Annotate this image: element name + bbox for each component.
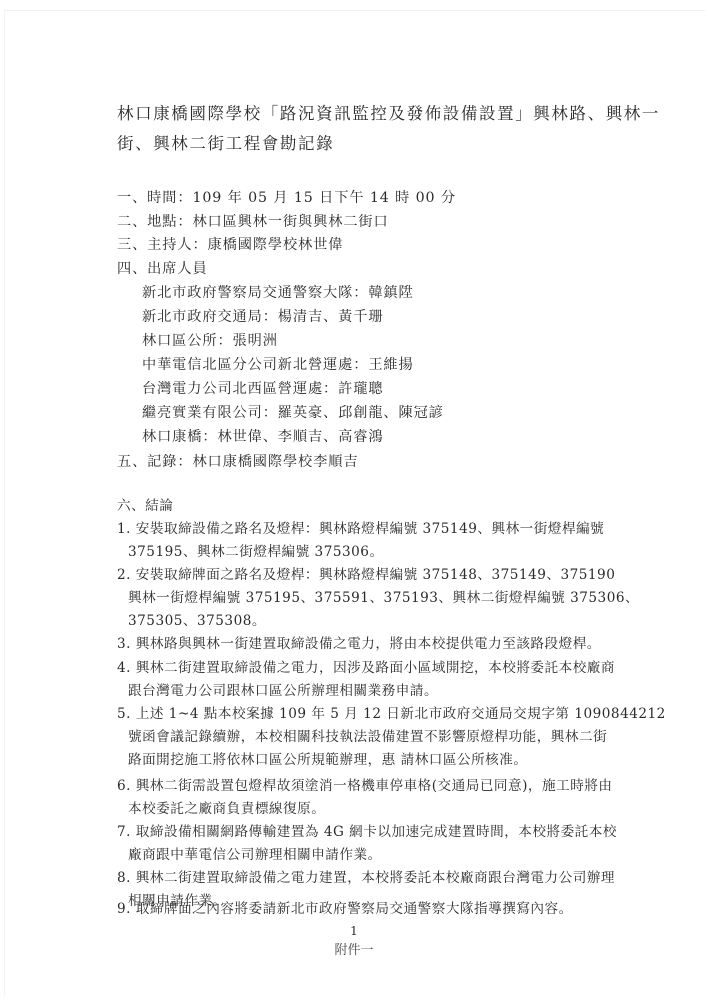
conclusion-item-7: 7. 取締設備相關網路傳輸建置為 4G 網卡以加速完成建置時間，本校將委託本校 bbox=[117, 823, 617, 841]
conclusion-item-5-cont: 路面開挖施工將依林口區公所規範辦理，惠 請林口區公所核准。 bbox=[128, 751, 527, 769]
conclusion-item-2-cont: 375305、375308。 bbox=[128, 612, 266, 630]
recorder: 五、記錄：林口康橋國際學校李順吉 bbox=[117, 453, 358, 471]
conclusion-item-3: 3. 興林路與興林一街建置取締設備之電力，將由本校提供電力至該路段燈桿。 bbox=[117, 635, 601, 653]
page-number: 1 bbox=[0, 924, 708, 938]
attendee-line: 新北市政府交通局：楊清吉、黃千珊 bbox=[142, 308, 383, 326]
meeting-location: 二、地點：林口區興林一街與興林二街口 bbox=[117, 213, 389, 231]
attendee-line: 台灣電力公司北西區營運處：許瓏聰 bbox=[142, 380, 383, 398]
conclusion-item-9: 9. 取締牌面之內容將委請新北市政府警察局交通警察大隊指導撰寫內容。 bbox=[117, 900, 573, 918]
attendee-line: 林口區公所：張明洲 bbox=[142, 332, 278, 350]
conclusion-item-1: 1. 安裝取締設備之路名及燈桿：興林路燈桿編號 375149、興林一街燈桿編號 bbox=[117, 520, 604, 538]
attendee-line: 林口康橋：林世偉、李順吉、高睿鴻 bbox=[142, 428, 383, 446]
conclusion-item-6-cont: 本校委託之廠商負責標線復原。 bbox=[128, 800, 325, 818]
conclusion-item-1-cont: 375195、興林二街燈桿編號 375306。 bbox=[128, 543, 384, 561]
attendees-heading: 四、出席人員 bbox=[117, 260, 208, 278]
attendee-line: 新北市政府警察局交通警察大隊：韓鎮陞 bbox=[142, 284, 414, 302]
conclusion-item-5-cont: 號函會議記錄續辦，本校相關科技執法設備建置不影響原燈桿功能，興林二街 bbox=[128, 728, 607, 746]
conclusion-item-4: 4. 興林二街建置取締設備之電力，因涉及路面小區域開挖，本校將委託本校廠商 bbox=[117, 659, 615, 677]
conclusion-item-2-cont: 興林一街燈桿編號 375195、375591、375193、興林二街燈桿編號 3… bbox=[128, 589, 639, 607]
conclusion-item-6: 6. 興林二街需設置包燈桿故須塗消一格機車停車格(交通局已同意)，施工時將由 bbox=[117, 777, 613, 795]
attendee-line: 繼亮實業有限公司：羅英豪、邱創龍、陳冠諺 bbox=[142, 404, 444, 422]
conclusion-heading: 六、結論 bbox=[117, 497, 173, 515]
meeting-time: 一、時間：109 年 05 月 15 日下午 14 時 00 分 bbox=[117, 189, 456, 207]
attendee-line: 中華電信北區分公司新北營運處：王維揚 bbox=[142, 356, 414, 374]
conclusion-item-7-cont: 廠商跟中華電信公司辦理相關申請作業。 bbox=[128, 846, 382, 864]
conclusion-item-5: 5. 上述 1~4 點本校案據 109 年 5 月 12 日新北市政府交通局交規… bbox=[117, 705, 666, 723]
attachment-label: 附件一 bbox=[0, 939, 708, 958]
conclusion-item-4-cont: 跟台灣電力公司跟林口區公所辦理相關業務申請。 bbox=[128, 682, 438, 700]
document-title-line-2: 街、興林二街工程會勘記錄 bbox=[117, 135, 334, 153]
conclusion-item-8: 8. 興林二街建置取締設備之電力建置，本校將委託本校廠商跟台灣電力公司辦理 bbox=[117, 869, 615, 887]
conclusion-item-2: 2. 安裝取締牌面之路名及燈桿：興林路燈桿編號 375148、375149、37… bbox=[117, 566, 615, 584]
document-title-line-1: 林口康橋國際學校「路況資訊監控及發佈設備設置」興林路、興林一 bbox=[117, 105, 660, 123]
meeting-host: 三、主持人：康橋國際學校林世偉 bbox=[117, 236, 343, 254]
